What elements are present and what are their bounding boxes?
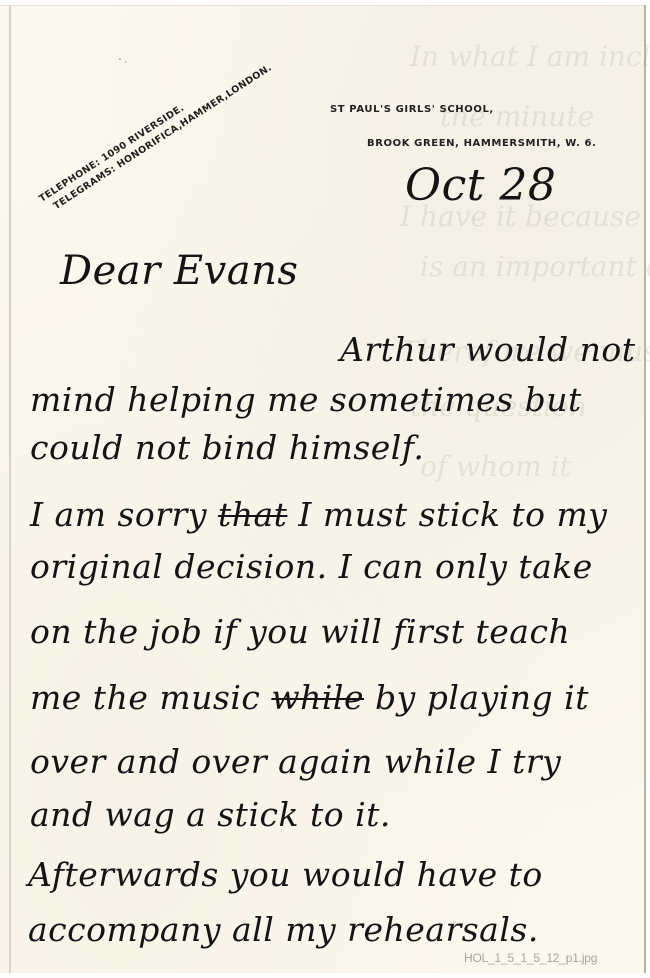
filename-watermark: HOL_1_5_1_5_12_p1.jpg xyxy=(464,951,597,965)
ink-specks: ˘ · xyxy=(118,58,127,67)
letter-line: mind helping me sometimes but xyxy=(30,380,582,419)
letter-line: original decision. I can only take xyxy=(30,547,593,586)
bleed-through-line: of whom it xyxy=(420,450,571,483)
bleed-through-line: is an important one xyxy=(420,250,650,283)
school-address: BROOK GREEN, HAMMERSMITH, W. 6. xyxy=(367,138,597,149)
letter-line: accompany all my rehearsals. xyxy=(28,910,539,949)
letter-line: and wag a stick to it. xyxy=(30,795,391,834)
letter-line: could not bind himself. xyxy=(30,428,424,467)
struck-word: that xyxy=(218,495,287,534)
letter-line: over and over again while I try xyxy=(30,742,561,781)
bleed-through-line: In what I am including in xyxy=(410,40,650,73)
letter-line: Afterwards you would have to xyxy=(28,855,543,894)
salutation: Dear Evans xyxy=(60,248,298,294)
struck-word: while xyxy=(271,678,364,717)
letter-date: Oct 28 xyxy=(405,160,556,211)
page-fold-line xyxy=(9,5,11,973)
letter-line: on the job if you will first teach xyxy=(30,612,570,651)
letter-line: I am sorry that I must stick to my xyxy=(30,495,607,534)
school-name: ST PAUL'S GIRLS' SCHOOL, xyxy=(330,104,494,115)
letter-line: Arthur would not xyxy=(340,330,636,369)
letter-line: me the music while by playing it xyxy=(30,678,589,717)
